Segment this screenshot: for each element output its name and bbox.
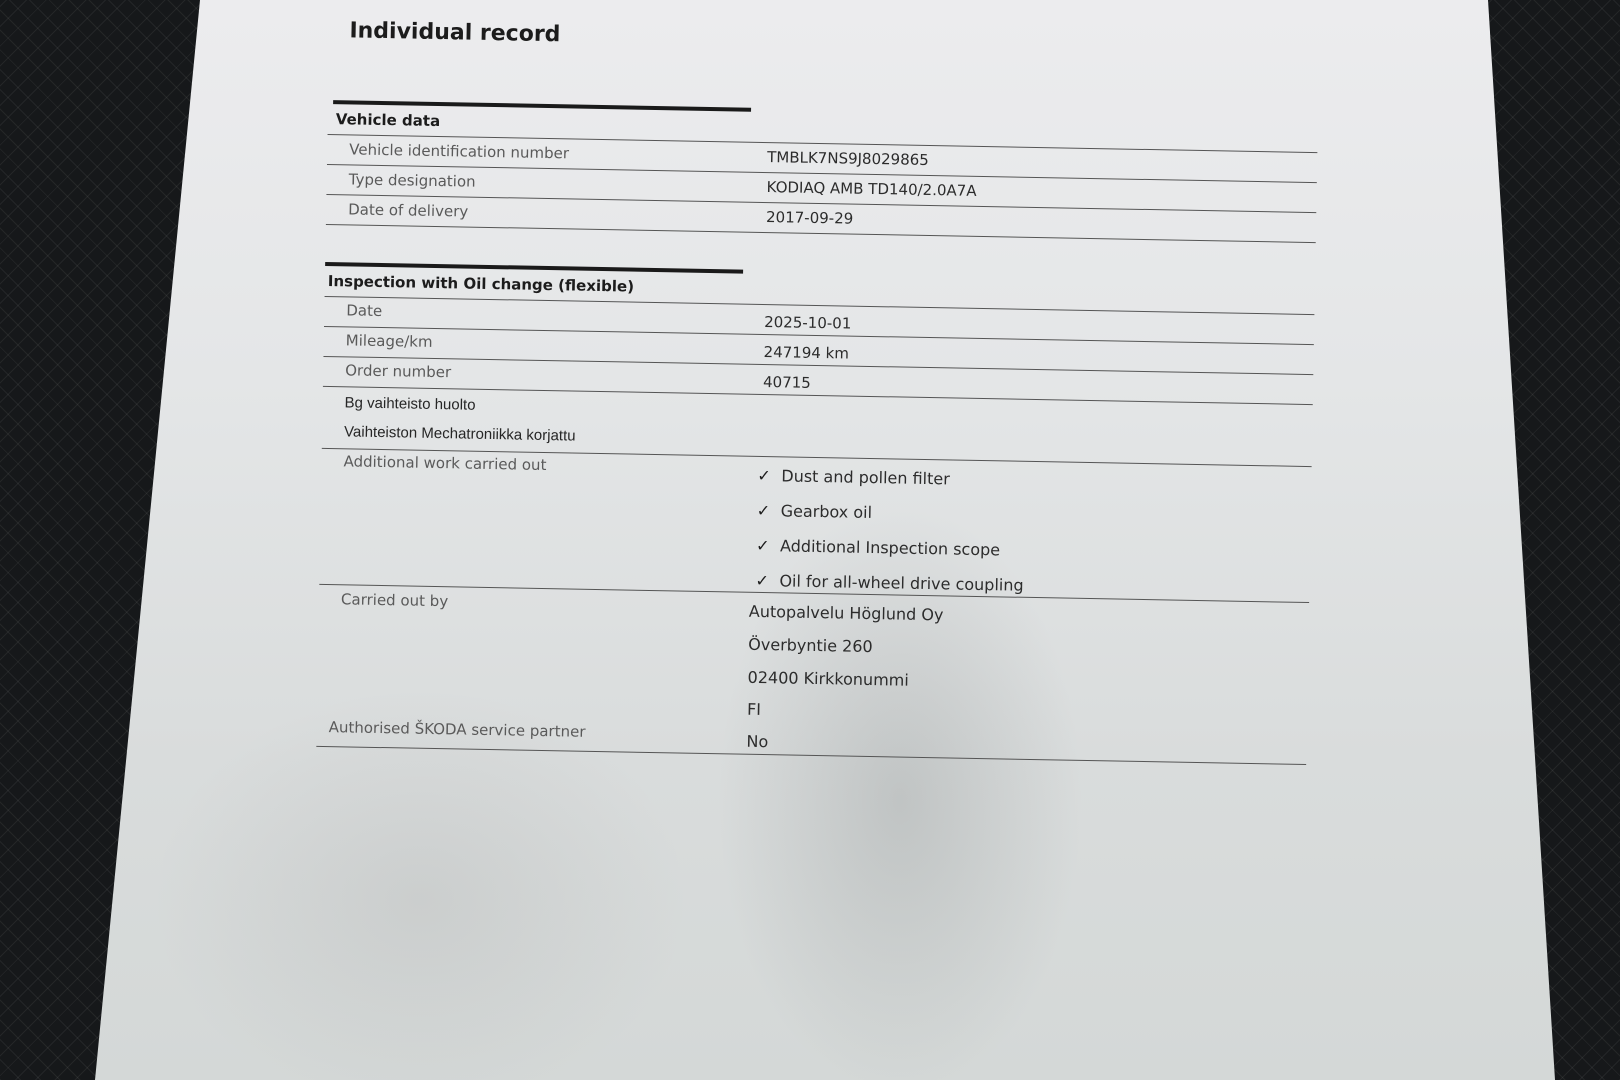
row-label: Additional work carried out bbox=[343, 452, 546, 474]
authorised-partner-value: No bbox=[746, 732, 768, 751]
workshop-country: FI bbox=[747, 700, 761, 719]
workshop-city: 02400 Kirkkonummi bbox=[747, 668, 908, 690]
row-label: Vehicle identification number bbox=[349, 140, 569, 162]
additional-work-item: ✓Dust and pollen filter bbox=[757, 466, 950, 489]
row-value-type: KODIAQ AMB TD140/2.0A7A bbox=[766, 178, 976, 200]
row-label: Mileage/km bbox=[346, 331, 433, 351]
additional-work-item: ✓Additional Inspection scope bbox=[756, 536, 1000, 559]
row-value-date: 2025-10-01 bbox=[764, 313, 852, 333]
row-label: Date bbox=[346, 301, 382, 320]
workshop-street: Överbyntie 260 bbox=[748, 635, 873, 656]
checkmark-icon: ✓ bbox=[757, 501, 781, 520]
checkmark-icon: ✓ bbox=[755, 571, 779, 590]
row-label: Order number bbox=[345, 361, 451, 381]
additional-work-item: ✓Gearbox oil bbox=[757, 501, 873, 522]
row-label: Carried out by bbox=[341, 590, 448, 610]
note-line: Vaihteiston Mechatroniikka korjattu bbox=[344, 423, 576, 444]
row-label: Authorised ŠKODA service partner bbox=[329, 718, 586, 741]
note-line: Bg vaihteisto huolto bbox=[344, 394, 475, 413]
row-value-order-number: 40715 bbox=[763, 373, 811, 392]
row-label: Type designation bbox=[349, 170, 476, 190]
additional-work-row: Additional work carried out ✓Dust and po… bbox=[319, 448, 1311, 603]
checkmark-icon: ✓ bbox=[757, 466, 781, 485]
page-title: Individual record bbox=[349, 18, 560, 47]
row-value-vin: TMBLK7NS9J8029865 bbox=[767, 148, 929, 169]
row-value-mileage: 247194 km bbox=[763, 343, 849, 363]
workshop-name: Autopalvelu Höglund Oy bbox=[749, 602, 944, 625]
additional-work-item: ✓Oil for all-wheel drive coupling bbox=[755, 571, 1024, 595]
row-value-delivery-date: 2017-09-29 bbox=[766, 208, 854, 228]
row-label: Date of delivery bbox=[348, 200, 468, 220]
carried-out-by-row: Carried out by Autopalvelu Höglund Oy Öv… bbox=[316, 584, 1309, 765]
checkmark-icon: ✓ bbox=[756, 536, 780, 555]
